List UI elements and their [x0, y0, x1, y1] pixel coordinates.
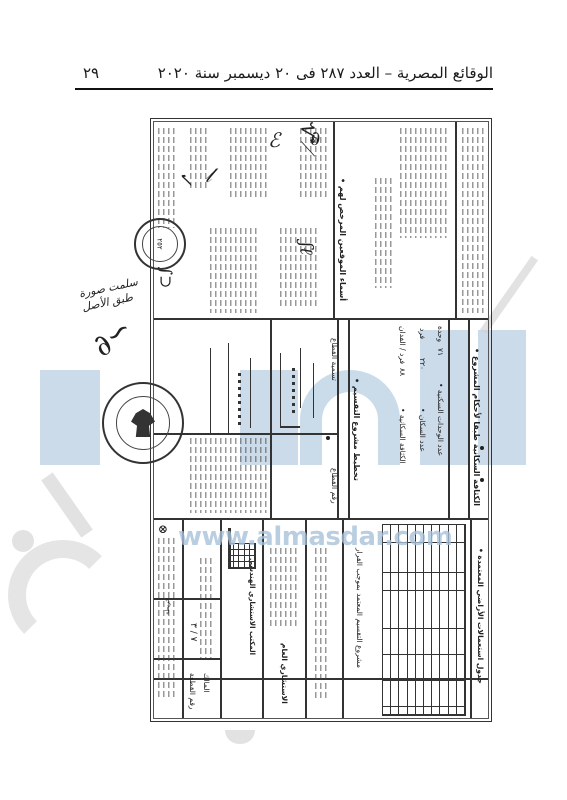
- divider-1: [154, 318, 488, 320]
- sector-dots-2: [238, 373, 241, 428]
- bullet-1: [480, 446, 484, 450]
- scanned-form: • أسماء الموقعين المرخص لهم Ꮙ⟋ ℰ ∂ ✓ 𝓁 ʃ…: [150, 118, 492, 722]
- owner-name: [200, 558, 212, 658]
- sector-line-7: [210, 348, 211, 433]
- header-rule: [75, 88, 493, 90]
- eagle-seal-inner: [116, 396, 169, 449]
- population-unit: فرد: [418, 328, 427, 339]
- col-signers: [333, 122, 335, 318]
- population-label: • عدد السكان: [418, 408, 427, 452]
- owner-label: المالك: [202, 673, 211, 693]
- density-label: • الكثافة السكانية: [398, 408, 407, 464]
- sector-number-label: رقم القطاع: [330, 468, 339, 504]
- density-value: ٨٨: [398, 368, 407, 376]
- bullet-3: [326, 436, 330, 440]
- handwritten-scrawl: ∂∽: [86, 311, 140, 364]
- land-use-heading: • جدول استعمالات الأراضي المعتمدة: [476, 548, 485, 684]
- office-stamp-text: [270, 548, 300, 628]
- population-value: ٢٢٠: [418, 358, 427, 370]
- signer-list-2: [280, 228, 320, 308]
- watermark-blob-bottom: [225, 730, 255, 744]
- north-arrow-icon: ⊗: [158, 522, 168, 536]
- sector-plan-heading: • تخطيط مشروع التقسيم: [352, 378, 361, 481]
- engineering-office: المكتب الاستشاري الهندسي: [248, 558, 256, 655]
- col-density: [448, 318, 450, 518]
- project-title: مشروع التقسيم المعتمد بموجب القرار: [355, 548, 364, 668]
- col-sector: [348, 318, 350, 518]
- page-number: ٢٩: [83, 64, 99, 82]
- col-legal-text: [455, 122, 457, 318]
- consulting-label: الاستشاري العام: [280, 643, 289, 704]
- watermark-url: www.almasdar.com: [178, 522, 452, 552]
- sector-line-1: [313, 363, 314, 418]
- density-heading: • الكثافة السكانية طبقا لأحكام المشروع: [472, 348, 481, 506]
- top-stamp-inner: ٢٥٢: [142, 226, 178, 262]
- col-plan: [270, 318, 272, 518]
- signature-4: ✓: [175, 171, 196, 186]
- eagle-seal: [102, 382, 184, 464]
- top-stamp: ٢٥٢: [134, 218, 186, 270]
- density-unit: فرد / الفدان: [398, 326, 407, 364]
- legal-text-block-2: [400, 128, 450, 238]
- map-label: خريطة: [164, 598, 171, 615]
- gazette-title: الوقائع المصرية – العدد ٢٨٧ فى ٢٠ ديسمبر…: [158, 64, 493, 82]
- plot-number-value: ٧ / ٣: [188, 623, 198, 641]
- signer-list-4: [210, 228, 260, 313]
- col-density2: [468, 318, 470, 518]
- housing-units-label: • عدد الوحدات السكنية: [436, 383, 445, 456]
- sector-dots-1: [292, 368, 295, 413]
- handwritten-note: سلمت صورة طبق الأصل: [78, 273, 152, 315]
- bullet-2: [480, 478, 484, 482]
- signers-heading: • أسماء الموقعين المرخص لهم: [338, 178, 347, 301]
- col-table-a: [470, 518, 472, 718]
- sector-line-3: [280, 353, 281, 428]
- housing-units-unit: وحدة: [436, 326, 445, 342]
- signature-5: 𝓁: [205, 163, 212, 187]
- sector-notes: [190, 438, 270, 513]
- signature-2: ℰ: [268, 128, 280, 152]
- housing-units-value: ٧١: [436, 348, 445, 356]
- watermark-circle-arc: [8, 540, 118, 650]
- map-labels: [158, 538, 178, 698]
- land-use-table: [382, 524, 466, 716]
- signature-3: ∂: [310, 126, 320, 150]
- eagle-emblem-icon: [131, 409, 155, 437]
- signature-6: ʃℓ: [296, 242, 317, 254]
- top-stamp-text: ٢٥٢: [156, 238, 164, 249]
- legal-text-block-3: [375, 178, 395, 288]
- sector-line-6: [228, 343, 229, 433]
- legal-text-block: [462, 128, 486, 313]
- watermark-dot: [12, 530, 34, 552]
- sector-name-label: تسمية القطاع: [330, 338, 339, 381]
- signer-list-3: [230, 128, 270, 198]
- watermark-slash-bottom: [41, 472, 93, 537]
- project-decree-text: [315, 548, 327, 698]
- sector-line-4: [280, 426, 300, 428]
- sector-line-2: [300, 348, 301, 408]
- sector-line-5: [250, 358, 251, 428]
- plot-number-label: رقم القطعة: [188, 673, 197, 710]
- page-header: الوقائع المصرية – العدد ٢٨٧ فى ٢٠ ديسمبر…: [75, 62, 493, 86]
- watermark-logo-bar-left: [40, 370, 100, 465]
- divider-2: [154, 518, 488, 520]
